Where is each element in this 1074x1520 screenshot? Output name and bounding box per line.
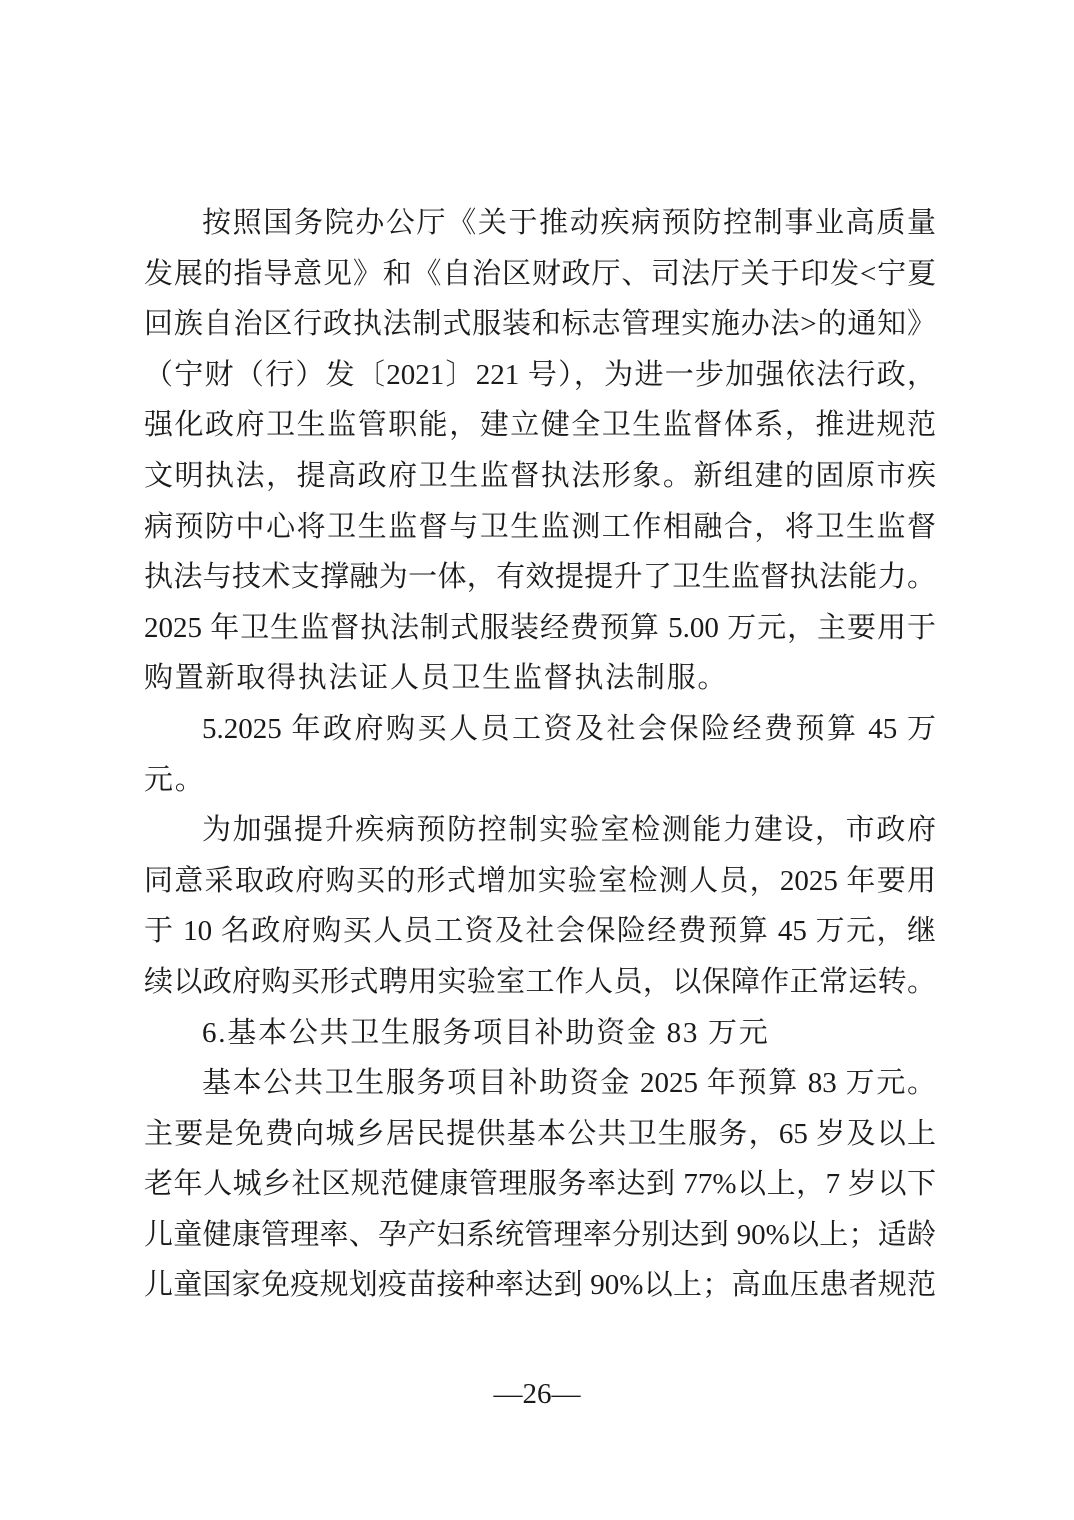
paragraph-line: 按照国务院办公厅《关于推动疾病预防控制事业高质量 bbox=[144, 198, 936, 249]
paragraph-line: 发展的指导意见》和《自治区财政厅、司法厅关于印发<宁夏 bbox=[144, 249, 936, 300]
paragraph-line: 基本公共卫生服务项目补助资金 2025 年预算 83 万元。 bbox=[144, 1058, 936, 1109]
paragraph-line: 病预防中心将卫生监督与卫生监测工作相融合，将卫生监督 bbox=[144, 502, 936, 553]
document-page: 按照国务院办公厅《关于推动疾病预防控制事业高质量 发展的指导意见》和《自治区财政… bbox=[0, 0, 1074, 1520]
paragraph-line: 2025 年卫生监督执法制式服装经费预算 5.00 万元，主要用于 bbox=[144, 603, 936, 654]
paragraph-line: （宁财（行）发〔2021〕221 号），为进一步加强依法行政， bbox=[144, 350, 936, 401]
paragraph-line: 回族自治区行政执法制式服装和标志管理实施办法>的通知》 bbox=[144, 299, 936, 350]
paragraph-line: 为加强提升疾病预防控制实验室检测能力建设，市政府 bbox=[144, 805, 936, 856]
paragraph-line: 文明执法，提高政府卫生监督执法形象。新组建的固原市疾 bbox=[144, 451, 936, 502]
paragraph-line: 儿童健康管理率、孕产妇系统管理率分别达到 90%以上；适龄 bbox=[144, 1210, 936, 1261]
paragraph-line: 主要是免费向城乡居民提供基本公共卫生服务，65 岁及以上 bbox=[144, 1109, 936, 1160]
paragraph-line: 购置新取得执法证人员卫生监督执法制服。 bbox=[144, 653, 936, 704]
paragraph-line: 执法与技术支撑融为一体，有效提提升了卫生监督执法能力。 bbox=[144, 552, 936, 603]
paragraph-line: 6.基本公共卫生服务项目补助资金 83 万元 bbox=[144, 1008, 936, 1059]
paragraph-line: 续以政府购买形式聘用实验室工作人员，以保障作正常运转。 bbox=[144, 957, 936, 1008]
paragraph-line: 儿童国家免疫规划疫苗接种率达到 90%以上；高血压患者规范 bbox=[144, 1260, 936, 1311]
paragraph-line: 同意采取政府购买的形式增加实验室检测人员，2025 年要用 bbox=[144, 856, 936, 907]
page-number: —26— bbox=[0, 1372, 1074, 1416]
paragraph-line: 于 10 名政府购买人员工资及社会保险经费预算 45 万元，继 bbox=[144, 906, 936, 957]
paragraph-line: 元。 bbox=[144, 755, 936, 806]
paragraph-line: 老年人城乡社区规范健康管理服务率达到 77%以上，7 岁以下 bbox=[144, 1159, 936, 1210]
body-text: 按照国务院办公厅《关于推动疾病预防控制事业高质量 发展的指导意见》和《自治区财政… bbox=[144, 198, 936, 1311]
paragraph-line: 5.2025 年政府购买人员工资及社会保险经费预算 45 万 bbox=[144, 704, 936, 755]
paragraph-line: 强化政府卫生监管职能，建立健全卫生监督体系，推进规范 bbox=[144, 400, 936, 451]
